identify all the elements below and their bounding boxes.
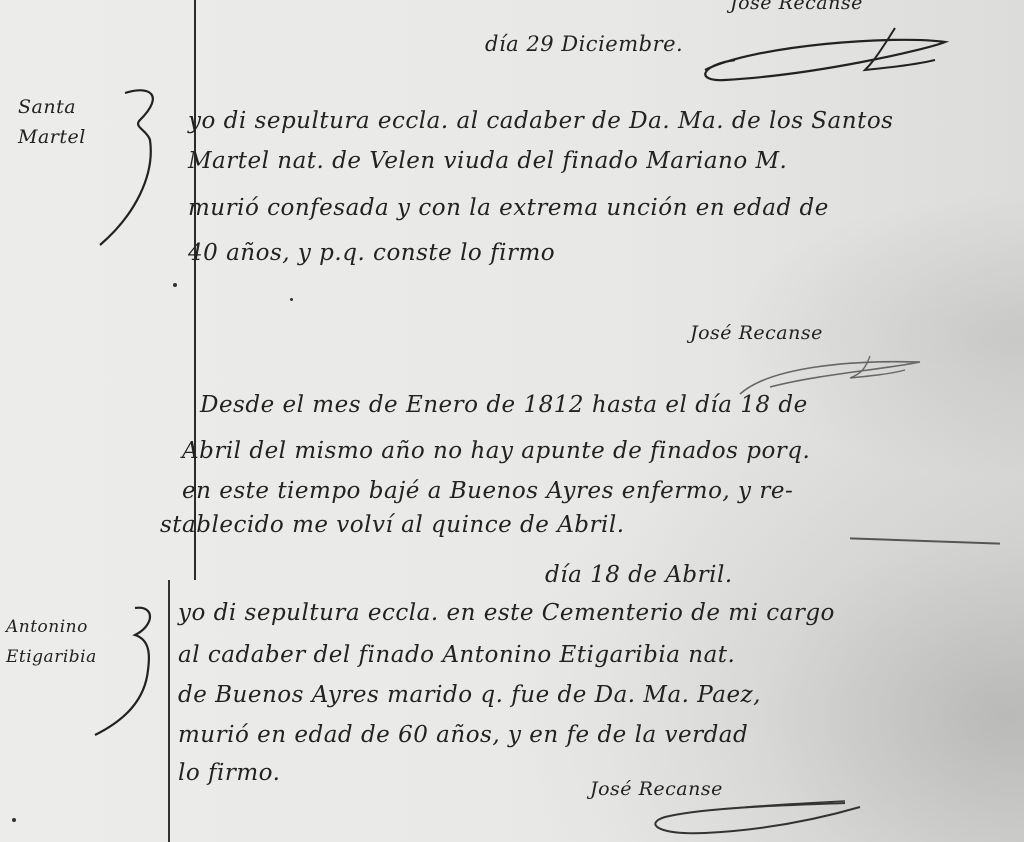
entry1-line-1: yo di sepultura eccla. al cadaber de Da.… xyxy=(188,108,893,134)
signature-flourish-icon xyxy=(695,20,965,90)
margin-note-santa-martel: Santa Martel xyxy=(18,92,86,152)
entry1-signature: José Recanse xyxy=(690,322,823,344)
entry1-line-3: murió confesada y con la extrema unción … xyxy=(188,195,829,221)
entry1-line-4: 40 años, y p.q. conste lo firmo xyxy=(188,240,555,266)
note-line-2: Abril del mismo año no hay apunte de fin… xyxy=(182,438,810,464)
ink-dot xyxy=(173,283,177,287)
date-heading-december: día 29 Diciembre. xyxy=(485,32,683,56)
brace-icon xyxy=(95,85,165,255)
note-line-1: Desde el mes de Enero de 1812 hasta el d… xyxy=(200,392,808,418)
line-end-stroke xyxy=(850,537,1000,544)
entry2-line-4: murió en edad de 60 años, y en fe de la … xyxy=(178,722,748,748)
margin-rule-lower xyxy=(168,580,170,842)
margin-note-antonino-etigaribia: Antonino Etigaribia xyxy=(6,612,97,672)
signature-previous: José Recanse xyxy=(730,0,863,14)
register-page: José Recanse día 29 Diciembre. Santa Mar… xyxy=(0,0,1024,842)
signature-flourish-icon xyxy=(645,795,875,840)
entry2-line-1: yo di sepultura eccla. en este Cementeri… xyxy=(178,600,835,626)
brace-icon xyxy=(90,600,160,740)
entry2-line-2: al cadaber del finado Antonino Etigaribi… xyxy=(178,642,735,668)
ink-dot xyxy=(290,298,293,301)
note-line-4: stablecido me volví al quince de Abril. xyxy=(160,512,625,538)
ink-dot xyxy=(12,818,16,822)
entry2-line-5: lo firmo. xyxy=(178,760,280,786)
note-line-3: en este tiempo bajé a Buenos Ayres enfer… xyxy=(182,478,793,504)
date-heading-april: día 18 de Abril. xyxy=(545,562,733,588)
entry1-line-2: Martel nat. de Velen viuda del finado Ma… xyxy=(188,148,787,174)
entry2-line-3: de Buenos Ayres marido q. fue de Da. Ma.… xyxy=(178,682,761,708)
